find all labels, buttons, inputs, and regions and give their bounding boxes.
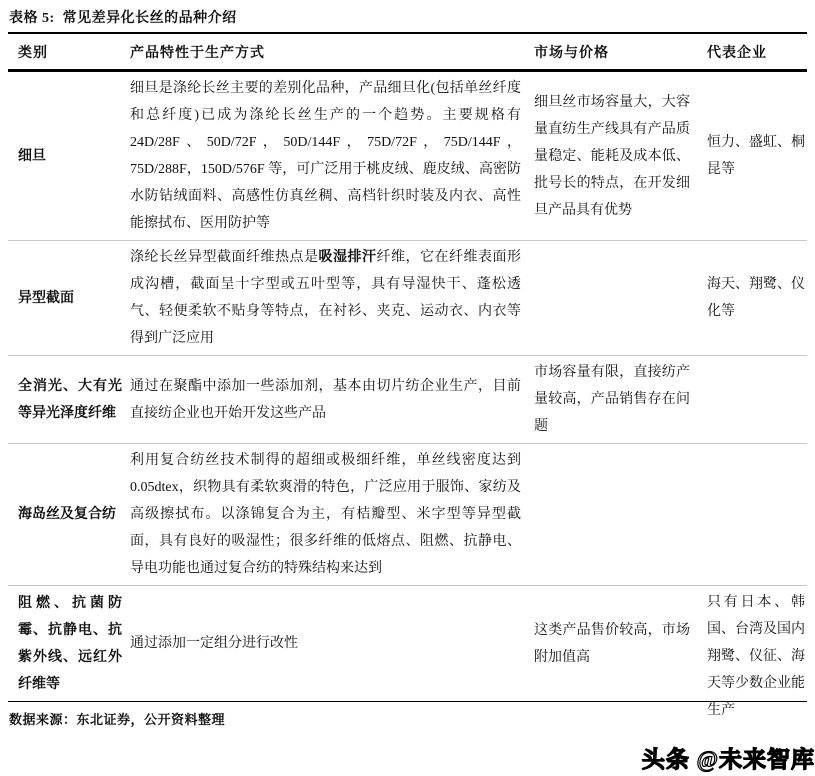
table-row: 全消光、大有光等异光泽度纤维 通过在聚酯中添加一些添加剂，基本由切片纺企业生产，… <box>8 356 807 444</box>
cell-companies <box>702 444 807 586</box>
product-variety-table: 类别 产品特性于生产方式 市场与价格 代表企业 细旦 细旦是涤纶长丝主要的差别化… <box>8 34 807 702</box>
cell-category: 异型截面 <box>8 241 130 356</box>
cell-features: 细旦是涤纶长丝主要的差别化品种，产品细旦化(包括单丝纤度和总纤度)已成为涤纶长丝… <box>130 71 528 241</box>
table-body: 细旦 细旦是涤纶长丝主要的差别化品种，产品细旦化(包括单丝纤度和总纤度)已成为涤… <box>8 71 807 702</box>
cell-companies: 海天、翔鹭、仪化等 <box>702 241 807 356</box>
cell-companies: 只有日本、韩国、台湾及国内翔鹭、仪征、海天等少数企业能生产 <box>702 586 807 702</box>
table-row: 异型截面 涤纶长丝异型截面纤维热点是吸湿排汗纤维，它在纤维表面形成沟槽，截面呈十… <box>8 241 807 356</box>
data-source-note: 数据来源：东北证券，公开资料整理 <box>8 702 807 728</box>
cell-market: 市场容量有限，直接纺产量较高，产品销售存在问题 <box>528 356 702 444</box>
table-row: 细旦 细旦是涤纶长丝主要的差别化品种，产品细旦化(包括单丝纤度和总纤度)已成为涤… <box>8 71 807 241</box>
toutiao-watermark: 头条 @未来智库 <box>642 741 815 774</box>
cell-market <box>528 444 702 586</box>
header-row: 类别 产品特性于生产方式 市场与价格 代表企业 <box>8 34 807 71</box>
cell-category: 全消光、大有光等异光泽度纤维 <box>8 356 130 444</box>
cell-category: 阻燃、抗菌防霉、抗静电、抗紫外线、远红外纤维等 <box>8 586 130 702</box>
table-row: 阻燃、抗菌防霉、抗静电、抗紫外线、远红外纤维等 通过添加一定组分进行改性 这类产… <box>8 586 807 702</box>
cell-market <box>528 241 702 356</box>
header-features: 产品特性于生产方式 <box>130 34 528 71</box>
features-text: 涤纶长丝异型截面纤维热点是 <box>130 250 319 265</box>
cell-features: 涤纶长丝异型截面纤维热点是吸湿排汗纤维，它在纤维表面形成沟槽，截面呈十字型或五叶… <box>130 241 528 356</box>
cell-features: 通过在聚酯中添加一些添加剂，基本由切片纺企业生产，目前直接纺企业也开始开发这些产… <box>130 356 528 444</box>
cell-category: 细旦 <box>8 71 130 241</box>
report-page: 表格 5: 常见差异化长丝的品种介绍 类别 产品特性于生产方式 市场与价格 代表… <box>0 0 815 776</box>
header-category: 类别 <box>8 34 130 71</box>
cell-market: 这类产品售价较高，市场附加值高 <box>528 586 702 702</box>
cell-companies: 恒力、盛虹、桐昆等 <box>702 71 807 241</box>
cell-category: 海岛丝及复合纺 <box>8 444 130 586</box>
table-row: 海岛丝及复合纺 利用复合纺丝技术制得的超细或极细纤维，单丝线密度达到 0.05d… <box>8 444 807 586</box>
cell-market: 细旦丝市场容量大，大容量直纺生产线具有产品质量稳定、能耗及成本低、批号长的特点，… <box>528 71 702 241</box>
cell-features: 通过添加一定组分进行改性 <box>130 586 528 702</box>
features-bold-text: 吸湿排汗 <box>319 250 377 265</box>
header-market: 市场与价格 <box>528 34 702 71</box>
table-header: 类别 产品特性于生产方式 市场与价格 代表企业 <box>8 34 807 71</box>
table-title: 表格 5: 常见差异化长丝的品种介绍 <box>8 5 807 34</box>
cell-features: 利用复合纺丝技术制得的超细或极细纤维，单丝线密度达到 0.05dtex，织物具有… <box>130 444 528 586</box>
cell-companies <box>702 356 807 444</box>
header-companies: 代表企业 <box>702 34 807 71</box>
